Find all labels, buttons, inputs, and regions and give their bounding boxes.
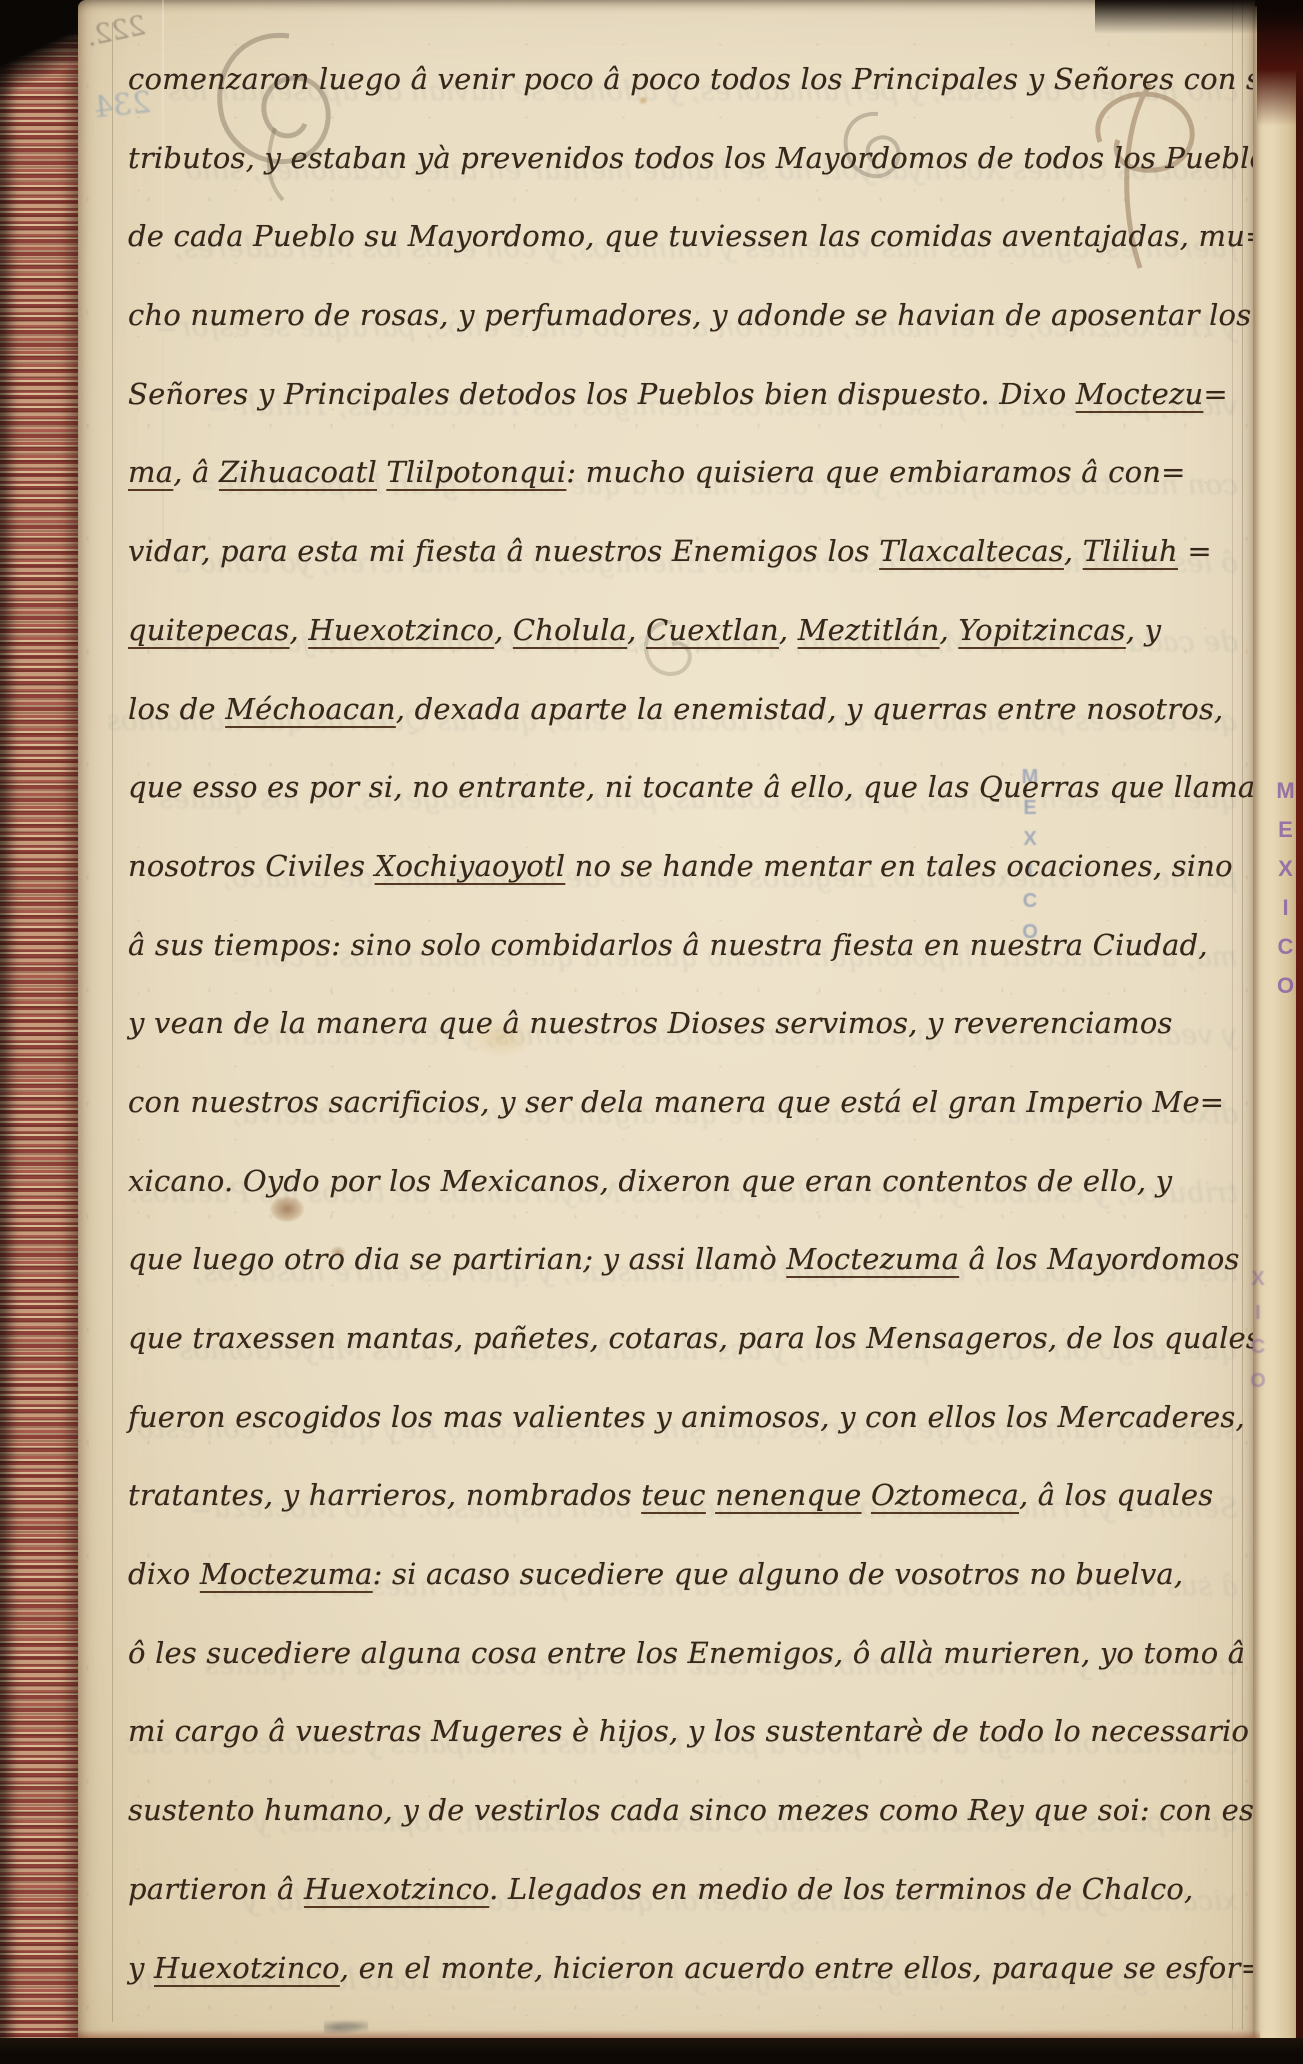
line-text: no se hande mentar en tales ocaciones, s…	[565, 849, 1233, 883]
background-bottom	[0, 2038, 1303, 2064]
underlined-word: Méchoacan	[225, 692, 396, 726]
underlined-word: teuc	[641, 1478, 706, 1512]
line-text: ô les sucediere alguna cosa entre los En…	[128, 1636, 1245, 1670]
manuscript-line: ma, â Zihuacoatl Tlilpotonqui: mucho qui…	[128, 433, 1240, 512]
line-text: fueron escogidos los mas valientes y ani…	[128, 1400, 1245, 1434]
line-text: ,	[779, 613, 798, 647]
manuscript-text-block: comenzaron luego â venir poco â poco tod…	[128, 40, 1240, 2007]
manuscript-line: comenzaron luego â venir poco â poco tod…	[128, 40, 1240, 119]
manuscript-line: Señores y Principales detodos los Pueblo…	[128, 355, 1240, 434]
line-text: y vean de la manera que â nuestros Diose…	[128, 1006, 1173, 1040]
line-text: ,	[627, 613, 646, 647]
underlined-word: Oztomeca	[871, 1478, 1019, 1512]
mexico-stamp-purple: MEXICO	[1272, 778, 1298, 1012]
line-text: nosotros Civiles	[128, 849, 375, 883]
mexico-stamp-partial: XICO	[1246, 1268, 1269, 1404]
line-text: mi cargo â vuestras Mugeres è hijos, y l…	[128, 1714, 1286, 1748]
underlined-word: Cholula	[513, 613, 627, 647]
underlined-word: Tlilpotonqui	[386, 455, 566, 489]
line-text: de cada Pueblo su Mayordomo, que tuviess…	[128, 219, 1270, 253]
line-text: que esso es por si, no entrante, ni toca…	[128, 770, 1303, 804]
manuscript-line: ô les sucediere alguna cosa entre los En…	[128, 1614, 1240, 1693]
line-text: =	[1203, 377, 1228, 411]
underlined-word: Meztitlán	[798, 613, 940, 647]
line-text: tratantes, y harrieros, nombrados	[128, 1478, 641, 1512]
line-text: que luego otro dia se partirian; y assi …	[128, 1242, 786, 1276]
manuscript-page: cho numero de rosas, y perfumadores, y a…	[78, 0, 1255, 2044]
underlined-word: Tlaxcaltecas	[879, 534, 1064, 568]
manuscript-line: y vean de la manera que â nuestros Diose…	[128, 984, 1240, 1063]
line-text	[377, 455, 386, 489]
manuscript-line: que traxessen mantas, pañetes, cotaras, …	[128, 1299, 1240, 1378]
underlined-word: Moctezu	[1076, 377, 1204, 411]
line-text: comenzaron luego â venir poco â poco tod…	[128, 62, 1295, 96]
line-text: : si acaso sucediere que alguno de vosot…	[373, 1557, 1184, 1591]
line-text: , en el monte, hicieron acuerdo entre el…	[340, 1951, 1265, 1985]
line-text: tributos, y estaban yà prevenidos todos …	[128, 141, 1292, 175]
manuscript-line: y Huexotzinco, en el monte, hicieron acu…	[128, 1929, 1240, 2008]
manuscript-line: nosotros Civiles Xochiyaoyotl no se hand…	[128, 827, 1240, 906]
line-text: , dexada aparte la enemistad, y querras …	[396, 692, 1224, 726]
line-text	[862, 1478, 871, 1512]
line-text: ,	[494, 613, 513, 647]
underlined-word: Moctezuma	[200, 1557, 373, 1591]
line-text	[706, 1478, 715, 1512]
underlined-word: Yopitzincas	[958, 613, 1125, 647]
manuscript-line: que luego otro dia se partirian; y assi …	[128, 1220, 1240, 1299]
line-text: Señores y Principales detodos los Pueblo…	[128, 377, 1076, 411]
next-page-edge	[1253, 6, 1297, 2048]
manuscript-line: quitepecas, Huexotzinco, Cholula, Cuextl…	[128, 591, 1240, 670]
left-margin-rule	[112, 22, 113, 2022]
line-text: vidar, para esta mi fiesta â nuestros En…	[128, 534, 879, 568]
manuscript-line: los de Méchoacan, dexada aparte la enemi…	[128, 670, 1240, 749]
manuscript-line: que esso es por si, no entrante, ni toca…	[128, 748, 1240, 827]
manuscript-line: â sus tiempos: sino solo combidarlos â n…	[128, 906, 1240, 985]
manuscript-line: tributos, y estaban yà prevenidos todos …	[128, 119, 1240, 198]
line-text: =	[1178, 534, 1212, 568]
line-text: , â	[173, 455, 219, 489]
line-text: ,	[1064, 534, 1083, 568]
manuscript-line: de cada Pueblo su Mayordomo, que tuviess…	[128, 197, 1240, 276]
manuscript-line: con nuestros sacrificios, y ser dela man…	[128, 1063, 1240, 1142]
line-text: xicano. Oydo por los Mexicanos, dixeron …	[128, 1164, 1172, 1198]
line-text: dixo	[128, 1557, 200, 1591]
underlined-word: quitepecas	[128, 613, 289, 647]
gutter-shadow-top	[1095, 0, 1303, 34]
line-text: que traxessen mantas, pañetes, cotaras, …	[128, 1321, 1261, 1355]
line-text: â sus tiempos: sino solo combidarlos â n…	[128, 928, 1208, 962]
book-page-edges-left	[0, 0, 80, 2064]
manuscript-line: sustento humano, y de vestirlos cada sin…	[128, 1771, 1240, 1850]
line-text: , â los quales	[1019, 1478, 1213, 1512]
line-text: sustento humano, y de vestirlos cada sin…	[128, 1793, 1284, 1827]
book-cover-right-edge	[1296, 0, 1303, 2064]
line-text: ,	[289, 613, 308, 647]
line-text: los de	[128, 692, 225, 726]
line-text: . Llegados en medio de los terminos de C…	[489, 1872, 1193, 1906]
line-text: : mucho quisiera que embiaramos â con=	[566, 455, 1185, 489]
manuscript-line: cho numero de rosas, y perfumadores, y a…	[128, 276, 1240, 355]
underlined-word: ma	[128, 455, 173, 489]
line-text: partieron â	[128, 1872, 304, 1906]
underlined-word: nenenque	[715, 1478, 861, 1512]
manuscript-line: vidar, para esta mi fiesta â nuestros En…	[128, 512, 1240, 591]
underlined-word: Moctezuma	[786, 1242, 959, 1276]
manuscript-photo: cho numero de rosas, y perfumadores, y a…	[0, 0, 1303, 2064]
underlined-word: Huexotzinco	[308, 613, 494, 647]
underlined-word: Cuextlan	[646, 613, 779, 647]
line-text: cho numero de rosas, y perfumadores, y a…	[128, 298, 1251, 332]
underlined-word: Zihuacoatl	[219, 455, 377, 489]
manuscript-line: partieron â Huexotzinco. Llegados en med…	[128, 1850, 1240, 1929]
manuscript-line: tratantes, y harrieros, nombrados teuc n…	[128, 1456, 1240, 1535]
line-text: y	[128, 1951, 154, 1985]
underlined-word: Tliliuh	[1083, 534, 1178, 568]
underlined-word: Huexotzinco	[154, 1951, 340, 1985]
line-text: con nuestros sacrificios, y ser dela man…	[128, 1085, 1224, 1119]
underlined-word: Xochiyaoyotl	[375, 849, 566, 883]
manuscript-line: fueron escogidos los mas valientes y ani…	[128, 1378, 1240, 1457]
line-text: ,	[940, 613, 959, 647]
manuscript-line: xicano. Oydo por los Mexicanos, dixeron …	[128, 1142, 1240, 1221]
line-text: â los Mayordomos	[959, 1242, 1240, 1276]
manuscript-line: dixo Moctezuma: si acaso sucediere que a…	[128, 1535, 1240, 1614]
line-text: , y	[1126, 613, 1161, 647]
underlined-word: Huexotzinco	[304, 1872, 489, 1906]
manuscript-line: mi cargo â vuestras Mugeres è hijos, y l…	[128, 1692, 1240, 1771]
